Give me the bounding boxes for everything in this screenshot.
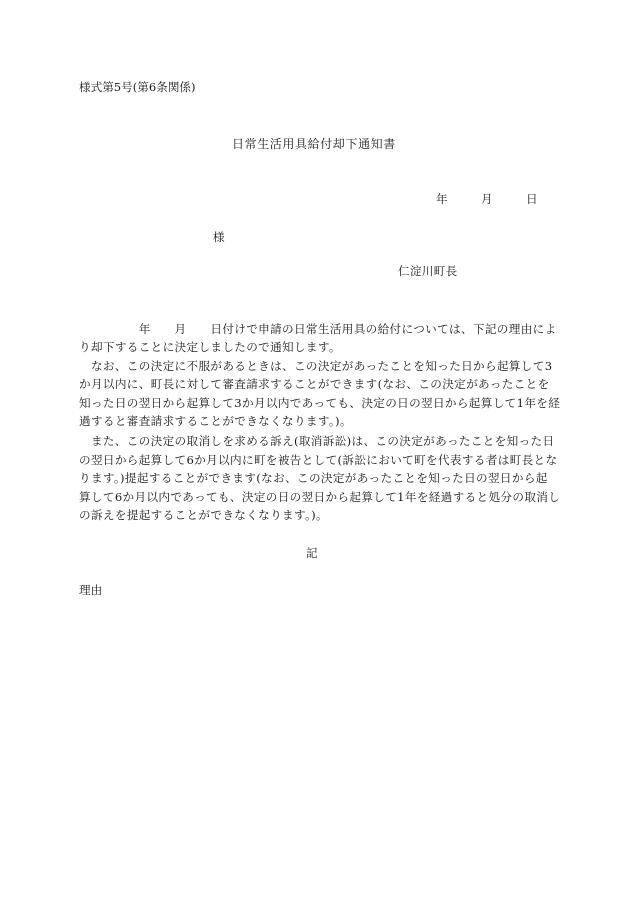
- year-label: 年: [436, 194, 448, 206]
- body-line: 知った日の翌日から起算して3か月以内であっても、決定の日の翌日から起算して1年を…: [79, 398, 560, 410]
- body-line: か月以内に、町長に対して審査請求することができます(なお、この決定があったことを: [79, 379, 550, 391]
- body-line: の訴えを提起することができなくなります。)。: [79, 510, 328, 522]
- reason-label: 理由: [79, 585, 102, 597]
- month-label: 月: [481, 194, 493, 206]
- addressee-honorific: 様: [213, 232, 225, 244]
- body-line: なお、この決定に不服があるときは、この決定があったことを知った日から起算して3: [79, 361, 552, 373]
- body-line: 算して6か月以内であっても、決定の日の翌日から起算して1年を経過すると処分の取消…: [79, 492, 560, 504]
- form-number: 様式第5号(第6条関係): [79, 82, 196, 94]
- body-line: の翌日から起算して6か月以内に町を被告として(訴訟において町を代表する者は町長と…: [79, 455, 557, 467]
- body-line: 過すると審査請求することができなくなります。)。: [79, 416, 352, 428]
- document-title: 日常生活用具給付却下通知書: [232, 138, 396, 150]
- record-marker: 記: [306, 548, 318, 560]
- body-line: り却下することに決定しましたので通知します。: [79, 342, 341, 354]
- day-label: 日: [526, 194, 538, 206]
- body-line: また、この決定の取消しを求める訴え(取消訴訟)は、この決定があったことを知った日: [79, 436, 554, 448]
- issuer-name: 仁淀川町長: [398, 266, 457, 278]
- body-line: 年 月 日付けで申請の日常生活用具の給付については、下記の理由によ: [79, 324, 557, 336]
- date-line: 年 月 日: [436, 194, 538, 206]
- body-line: ります。)提起することができます(なお、この決定があったことを知った日の翌日から…: [79, 473, 548, 485]
